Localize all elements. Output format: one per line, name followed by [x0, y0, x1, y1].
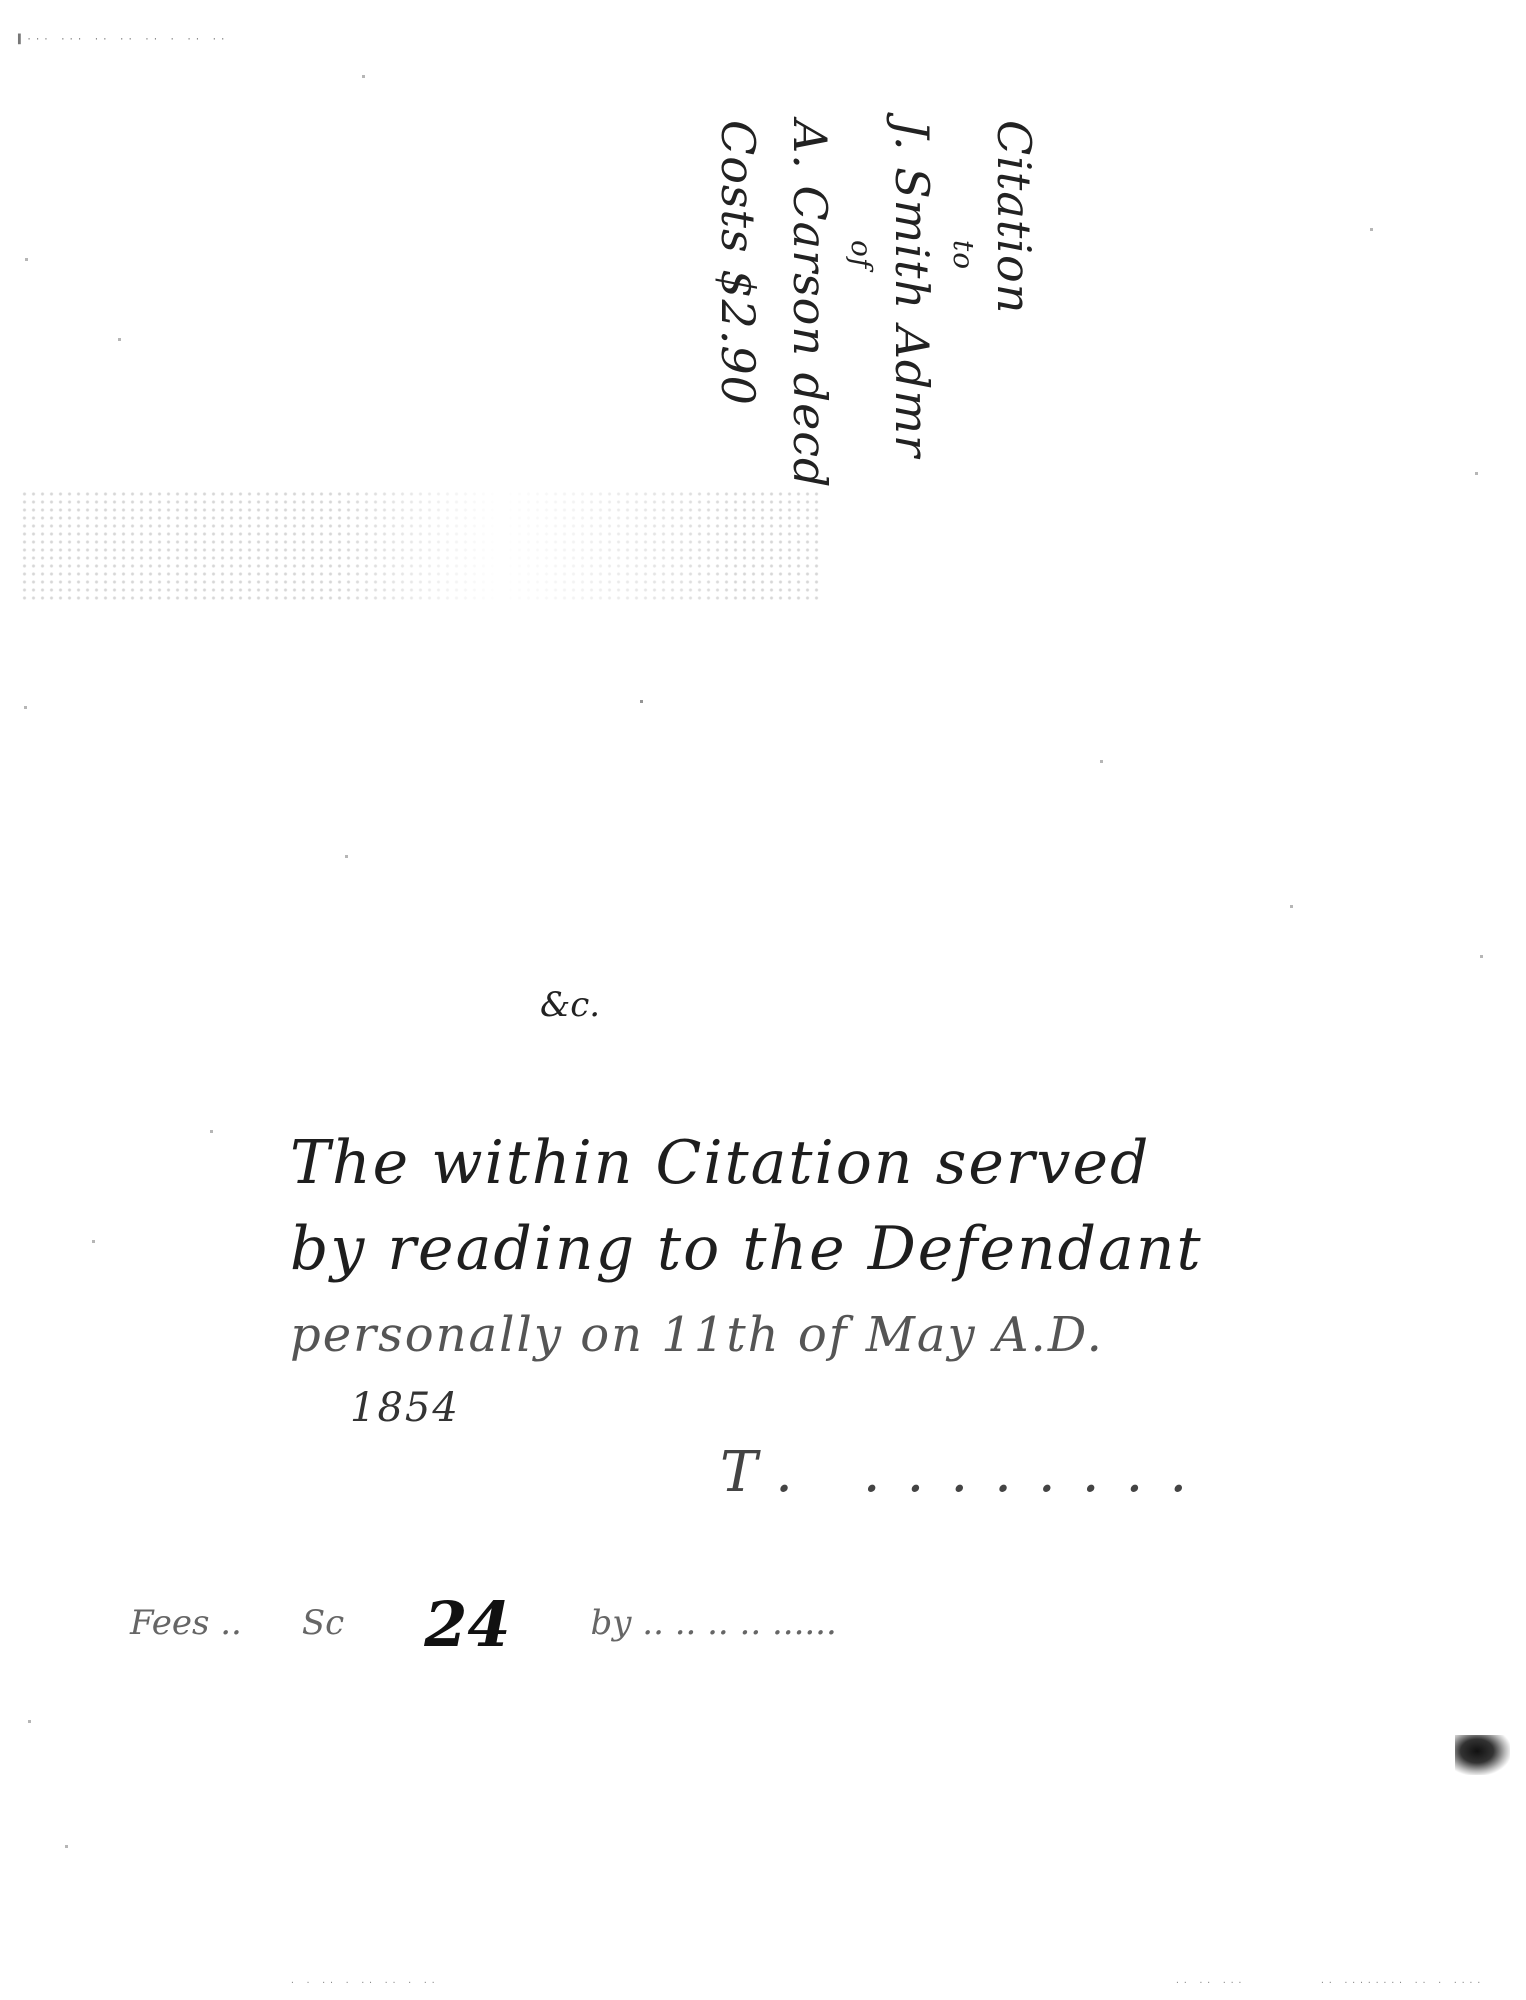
docket-title: Citation	[978, 120, 1050, 520]
scan-noise-bottom-mid: ·· ·· ···	[1175, 1978, 1245, 1987]
scanned-page: ▌··· ··· ·· ·· ·· · ·· ·· Citation to J.…	[0, 0, 1526, 2000]
docket-of: of	[846, 120, 876, 520]
ink-blot	[1455, 1735, 1510, 1775]
endorsement-line-3: personally on 11th of May A.D.	[290, 1292, 1490, 1378]
service-endorsement: The within Citation served by reading to…	[290, 1120, 1490, 1438]
docket-administrator: J. Smith Admr	[876, 120, 948, 520]
scan-noise-bottom-left: · · ·· · ·· ·· · ··	[290, 1978, 439, 1987]
faded-bleedthrough-text	[20, 490, 820, 600]
scan-noise-header: ▌··· ··· ·· ·· ·· · ·· ··	[18, 35, 228, 45]
officer-signature: T. ........	[720, 1440, 1213, 1505]
docket-deceased: A. Carson decd	[774, 120, 846, 520]
fees-number: 24	[424, 1588, 510, 1661]
fees-line: Fees .. Sc 24 by .. .. .. .. ......	[130, 1570, 1510, 1643]
endorsement-line-2: by reading to the Defendant	[290, 1206, 1490, 1292]
fees-label: Fees ..	[130, 1603, 242, 1643]
small-ink-mark: &c.	[540, 985, 600, 1025]
endorsement-year: 1854	[290, 1378, 1490, 1438]
fees-note: by .. .. .. .. ......	[590, 1603, 836, 1643]
docket-costs: Costs $2.90	[702, 120, 774, 520]
docket-rotated-text: Citation to J. Smith Admr of A. Carson d…	[690, 120, 1050, 520]
docket-to: to	[948, 120, 978, 520]
fees-abbrev: Sc	[302, 1603, 344, 1643]
endorsement-line-1: The within Citation served	[290, 1120, 1490, 1206]
scan-noise-bottom-right: ·· ········ ·· · ····	[1320, 1978, 1484, 1987]
docket-block: Citation to J. Smith Admr of A. Carson d…	[690, 120, 1050, 520]
